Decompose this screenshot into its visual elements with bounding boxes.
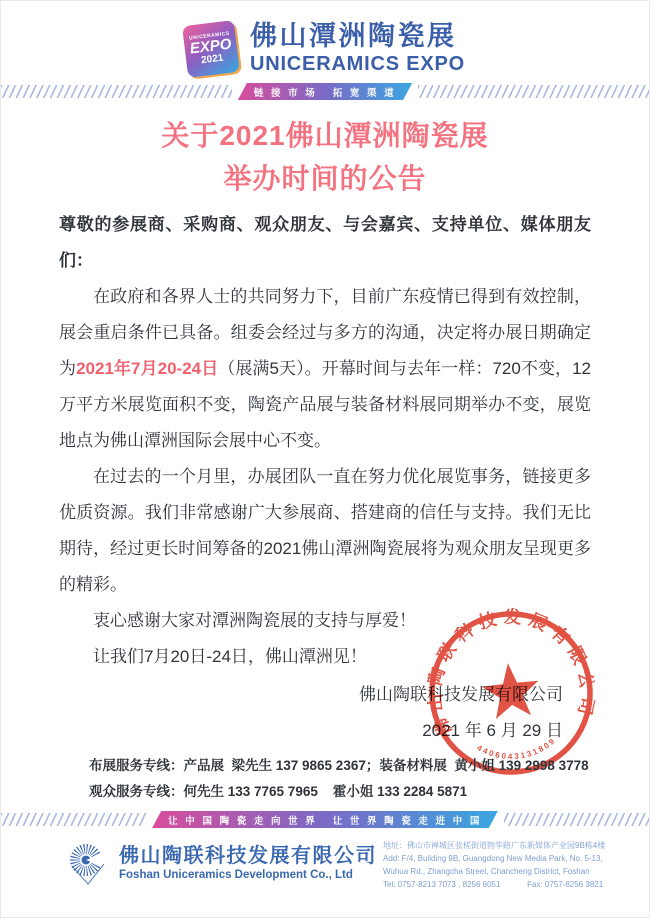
ribbon-top-slogan: 链 接 市 场 拓 宽 渠 道 xyxy=(238,83,412,100)
title-line-2: 举办时间的公告 xyxy=(1,157,649,200)
address-english-line2: Wuhua Rd., Zhangcha Street, Chancheng Di… xyxy=(383,865,635,878)
announcement-page: UNICERAMICS EXPO 2021 佛山潭洲陶瓷展 UNICERAMIC… xyxy=(0,0,650,918)
logo-badge-year: 2021 xyxy=(201,52,224,66)
contact-hotlines: 布展服务专线：产品展 梁先生 137 9865 2367；装备材料展 黄小姐 1… xyxy=(89,753,589,805)
announcement-title: 关于2021佛山潭洲陶瓷展 举办时间的公告 xyxy=(1,114,649,200)
footer-address-block: 地址：佛山市禅城区张槎街道物华路广东新媒体产业园9B栋4楼 Add: F/4, … xyxy=(383,839,635,891)
expo-name-chinese: 佛山潭洲陶瓷展 xyxy=(250,21,465,52)
company-fan-logo-icon xyxy=(63,839,111,887)
paragraph-2: 在过去的一个月里，办展团队一直在努力优化展览事务，链接更多优质资源。我们非常感谢… xyxy=(59,459,591,603)
ribbon-top-badge: 链 接 市 场 拓 宽 渠 道 xyxy=(232,83,418,100)
ribbon-top: 链 接 市 场 拓 宽 渠 道 xyxy=(1,85,649,98)
ribbon-bottom: 让 中 国 陶 瓷 走 向 世 界 让 世 界 陶 瓷 走 进 中 国 xyxy=(1,813,649,826)
expo-logo-icon: UNICERAMICS EXPO 2021 xyxy=(182,20,240,78)
paragraph-1: 在政府和各界人士的共同努力下，目前广东疫情已得到有效控制，展会重启条件已具备。组… xyxy=(59,279,591,459)
booth-service-hotline: 布展服务专线：产品展 梁先生 137 9865 2367；装备材料展 黄小姐 1… xyxy=(89,753,589,779)
footer: 佛山陶联科技发展有限公司 Foshan Uniceramics Developm… xyxy=(1,835,649,891)
address-english-line1: Add: F/4, Building 9B, Guangdong New Med… xyxy=(383,852,635,865)
address-chinese: 地址：佛山市禅城区张槎街道物华路广东新媒体产业园9B栋4楼 xyxy=(383,839,635,852)
title-line-1: 关于2021佛山潭洲陶瓷展 xyxy=(1,114,649,157)
expo-name-english: UNICERAMICS EXPO xyxy=(250,52,465,76)
logo-text: 佛山潭洲陶瓷展 UNICERAMICS EXPO xyxy=(250,21,465,76)
seal-star-icon xyxy=(479,660,541,720)
header: UNICERAMICS EXPO 2021 佛山潭洲陶瓷展 UNICERAMIC… xyxy=(1,1,649,76)
footer-company-block: 佛山陶联科技发展有限公司 Foshan Uniceramics Developm… xyxy=(63,839,377,887)
highlighted-dates: 2021年7月20-24日 xyxy=(76,359,218,378)
footer-company-english: Foshan Uniceramics Development Co., Ltd xyxy=(119,868,377,882)
footer-company-chinese: 佛山陶联科技发展有限公司 xyxy=(119,844,377,868)
footer-company-names: 佛山陶联科技发展有限公司 Foshan Uniceramics Developm… xyxy=(119,844,377,882)
ribbon-bottom-badge: 让 中 国 陶 瓷 走 向 世 界 让 世 界 陶 瓷 走 进 中 国 xyxy=(146,811,504,828)
salutation: 尊敬的参展商、采购商、观众朋友、与会嘉宾、支持单位、媒体朋友们： xyxy=(59,207,591,279)
ribbon-bottom-slogan: 让 中 国 陶 瓷 走 向 世 界 让 世 界 陶 瓷 走 进 中 国 xyxy=(152,811,498,828)
visitor-service-hotline: 观众服务专线：何先生 133 7765 7965 霍小姐 133 2284 58… xyxy=(89,779,589,805)
tel-fax-line: Tel: 0757-8213 7073 , 8256 6051 Fax: 075… xyxy=(383,878,635,891)
